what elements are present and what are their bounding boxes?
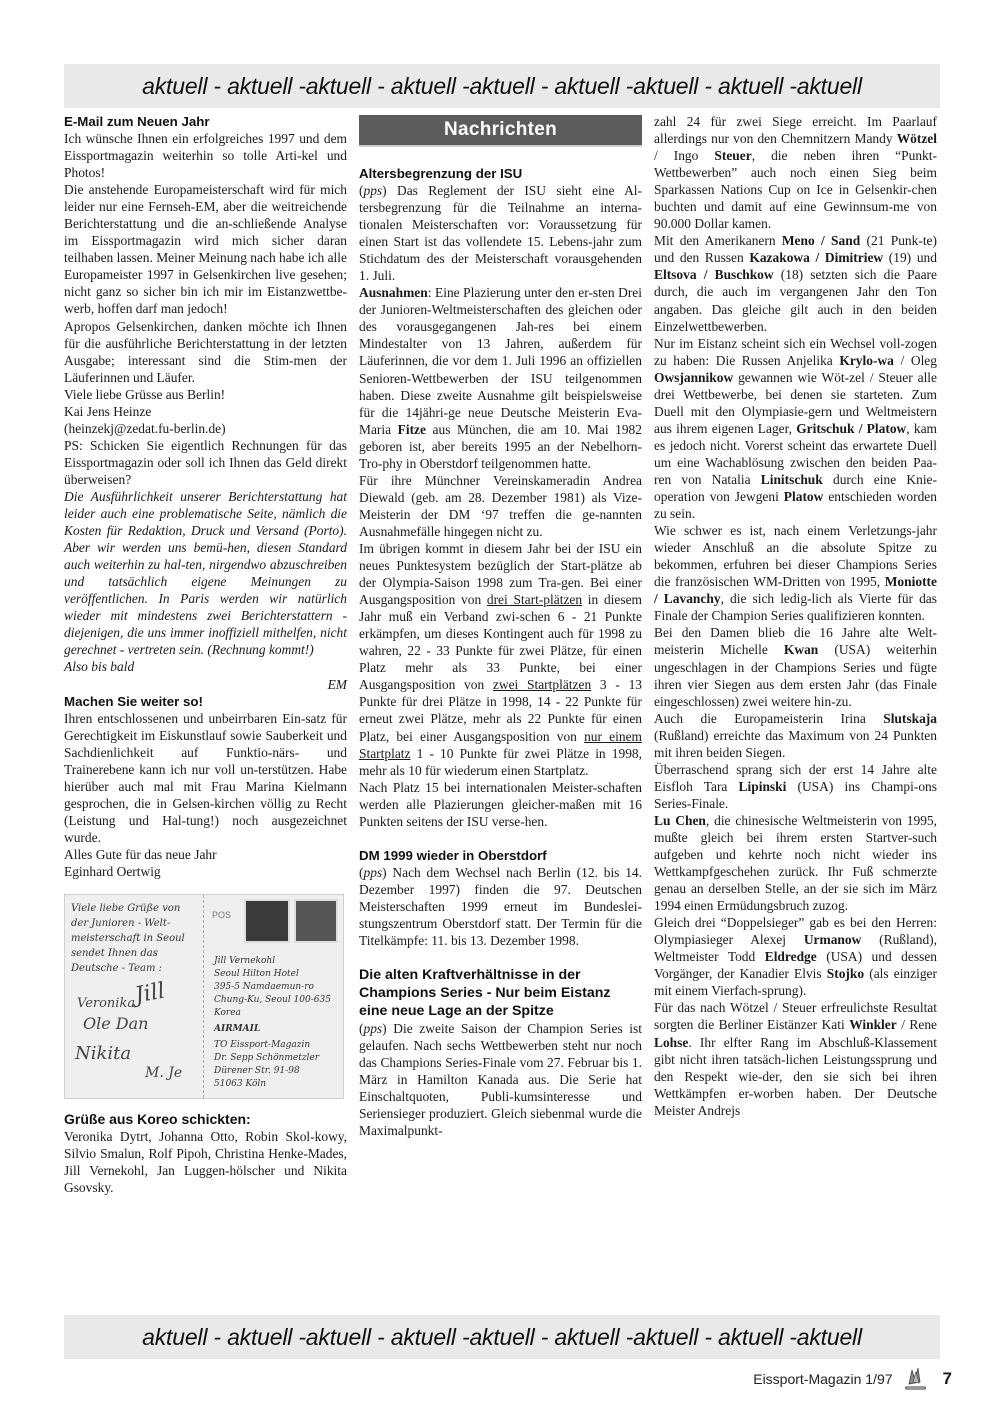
paragraph: Bei den Damen blieb die 16 Jahre alte We… bbox=[654, 624, 937, 709]
editor-signature: EM bbox=[64, 676, 347, 693]
text: Das Reglement der ISU sieht eine Al-ters… bbox=[359, 183, 642, 283]
signature-scribble: Ole Dan bbox=[83, 1015, 148, 1032]
text: (19) und bbox=[883, 250, 937, 265]
paragraph: Überraschend sprang sich der erst 14 Jah… bbox=[654, 761, 937, 812]
article-dm-1999: DM 1999 wieder in Oberstdorf (pps) Nach … bbox=[359, 847, 642, 949]
athlete-name: Chen bbox=[675, 813, 706, 828]
text: / Rene bbox=[897, 1017, 937, 1032]
letter-heading: Machen Sie weiter so! bbox=[64, 693, 347, 710]
paragraph: Für das nach Wötzel / Steuer erfreulichs… bbox=[654, 999, 937, 1118]
athlete-name: Kazakowa / Dimitriew bbox=[749, 250, 883, 265]
magazine-issue: Eissport-Magazin 1/97 bbox=[753, 1371, 892, 1387]
athlete-name: Owsjannikow bbox=[654, 370, 733, 385]
author-email: (heinzekj@zedat.fu-berlin.de) bbox=[64, 420, 347, 437]
top-banner-text: aktuell - aktuell -aktuell - aktuell -ak… bbox=[142, 73, 862, 100]
postcard-handwriting: Viele liebe Grüße von der Junioren - Wel… bbox=[71, 901, 197, 976]
address-line: Dr. Sepp Schönmetzler bbox=[214, 1052, 319, 1065]
athlete-name: Platow bbox=[784, 489, 824, 504]
bottom-banner-text: aktuell - aktuell -aktuell - aktuell -ak… bbox=[142, 1324, 862, 1351]
text: Die zweite Saison der Champion Series is… bbox=[359, 1021, 642, 1138]
paragraph: Ausnahmen: Eine Plazierung unter den er-… bbox=[359, 284, 642, 472]
paragraph: Für ihre Münchner Vereinskameradin Andre… bbox=[359, 472, 642, 540]
athlete-name: Stojko bbox=[827, 966, 864, 981]
athlete-name: Steuer bbox=[714, 148, 751, 163]
athlete-name: Lu bbox=[654, 813, 675, 828]
source-tag: pps bbox=[363, 865, 382, 880]
address-line: 395-5 Namdaemun-ro bbox=[214, 981, 331, 994]
text: Mit den Amerikanern bbox=[654, 233, 782, 248]
page-footer: Eissport-Magazin 1/97 7 bbox=[753, 1366, 952, 1392]
paragraph: Ich wünsche Ihnen ein erfolgreiches 1997… bbox=[64, 130, 347, 181]
text: : Eine Plazierung unter den er-sten Drei… bbox=[359, 285, 642, 436]
handwriting-line: sendet Ihnen das bbox=[71, 946, 197, 961]
to-label: TO bbox=[214, 1040, 227, 1050]
article-heading: DM 1999 wieder in Oberstdorf bbox=[359, 847, 642, 864]
paragraph: Im übrigen kommt in diesem Jahr bei der … bbox=[359, 540, 642, 779]
postcard-address-side: POS Jill Vernekohl Seoul Hilton Hotel 39… bbox=[204, 895, 343, 1098]
section-banner-nachrichten: Nachrichten bbox=[359, 115, 642, 147]
paragraph: Nur im Eistanz scheint sich ein Wechsel … bbox=[654, 335, 937, 523]
paragraph: (pps) Das Reglement der ISU sieht eine A… bbox=[359, 182, 642, 284]
letter-heading: E-Mail zum Neuen Jahr bbox=[64, 113, 347, 130]
paragraph: Gleich drei “Doppelsieger” gab es bei de… bbox=[654, 914, 937, 999]
greetings-from-korea: Grüße aus Koreo schickten: Veronika Dytr… bbox=[64, 1111, 347, 1196]
athlete-name: Eltsova / Buschkow bbox=[654, 267, 774, 282]
bold-label: Ausnahmen bbox=[359, 285, 428, 300]
athlete-name: Wötzel bbox=[897, 131, 937, 146]
athlete-name: Slutskaja bbox=[883, 711, 937, 726]
address-line: Dürener Str. 91-98 bbox=[214, 1065, 319, 1078]
text: / Ingo bbox=[654, 148, 714, 163]
column-article-continued: zahl 24 für zwei Siege erreicht. Im Paar… bbox=[654, 113, 937, 1119]
athlete-name: Gritschuk / Platow bbox=[796, 421, 906, 436]
athlete-name: Winkler bbox=[849, 1017, 897, 1032]
paragraph: Die anstehende Europameisterschaft wird … bbox=[64, 181, 347, 317]
top-banner: aktuell - aktuell -aktuell - aktuell -ak… bbox=[64, 64, 940, 108]
stamp-icon bbox=[294, 899, 338, 943]
postcard-pos-label: POS bbox=[212, 907, 231, 924]
editor-reply: Die Ausführlichkeit unserer Berichtersta… bbox=[64, 488, 347, 658]
athlete-name: Meno / Sand bbox=[782, 233, 860, 248]
underlined-text: drei Start-plätzen bbox=[487, 592, 582, 607]
paragraph: zahl 24 für zwei Siege erreicht. Im Paar… bbox=[654, 113, 937, 232]
text: zahl 24 für zwei Siege erreicht. Im Paar… bbox=[654, 114, 937, 146]
text: Auch die Europameisterin Irina bbox=[654, 711, 883, 726]
article-heading: Altersbegrenzung der ISU bbox=[359, 165, 642, 182]
author-name: Eginhard Oertwig bbox=[64, 863, 347, 880]
letter-machen-sie-weiter: Machen Sie weiter so! Ihren entschlossen… bbox=[64, 693, 347, 880]
handwriting-line: meisterschaft in Seoul bbox=[71, 931, 197, 946]
column-news: Nachrichten Altersbegrenzung der ISU (pp… bbox=[359, 113, 642, 1139]
paragraph: Apropos Gelsenkirchen, danken möchte ich… bbox=[64, 318, 347, 386]
address-line: Eissport-Magazin bbox=[230, 1040, 310, 1050]
sender-address: Jill Vernekohl Seoul Hilton Hotel 395-5 … bbox=[214, 955, 331, 1020]
athlete-name: Eldredge bbox=[765, 949, 817, 964]
skate-logo-icon bbox=[903, 1366, 927, 1392]
article-heading: Die alten Kraftverhältnisse in der Champ… bbox=[359, 966, 642, 1020]
address-line: Jill Vernekohl bbox=[214, 955, 331, 968]
paragraph: Lu Chen, die chinesische Weltmeisterin v… bbox=[654, 812, 937, 914]
stamp-icon bbox=[244, 899, 290, 943]
signature-scribble: Veronika bbox=[77, 995, 135, 1012]
paragraph: (pps) Die zweite Saison der Champion Ser… bbox=[359, 1020, 642, 1139]
athlete-name: Krylo-wa bbox=[839, 353, 894, 368]
postscript: PS: Schicken Sie eigentlich Rechnungen f… bbox=[64, 437, 347, 488]
address-line: Chung-Ku, Seoul 100-635 bbox=[214, 994, 331, 1007]
page-number: 7 bbox=[943, 1369, 952, 1389]
section-title: Nachrichten bbox=[444, 121, 557, 138]
source-tag: pps bbox=[363, 1021, 382, 1036]
text: / Oleg bbox=[894, 353, 937, 368]
athlete-name: Kwan bbox=[784, 642, 818, 657]
airmail-label: AIRMAIL bbox=[214, 1023, 260, 1036]
athlete-name: Lohse bbox=[654, 1035, 688, 1050]
paragraph: Mit den Amerikanern Meno / Sand (21 Punk… bbox=[654, 232, 937, 334]
recipient-address: TO Eissport-Magazin Dr. Sepp Schönmetzle… bbox=[214, 1039, 319, 1091]
paragraph: Nach Platz 15 bei internationalen Meiste… bbox=[359, 779, 642, 830]
handwriting-line: Deutsche - Team : bbox=[71, 961, 197, 976]
athlete-name: Linitschuk bbox=[761, 472, 823, 487]
handwriting-line: Viele liebe Grüße von bbox=[71, 901, 197, 916]
paragraph: Auch die Europameisterin Irina Slutskaja… bbox=[654, 710, 937, 761]
paragraph: (pps) Nach dem Wechsel nach Berlin (12. … bbox=[359, 864, 642, 949]
editor-reply-closing: Also bis bald bbox=[64, 658, 347, 675]
greeting: Viele liebe Grüsse aus Berlin! bbox=[64, 386, 347, 403]
address-line: 51063 Köln bbox=[214, 1078, 319, 1091]
text: (Rußland) erreichte das Maximum von 24 P… bbox=[654, 728, 937, 760]
postcard-message-side: Viele liebe Grüße von der Junioren - Wel… bbox=[65, 895, 204, 1098]
postcard-image: Viele liebe Grüße von der Junioren - Wel… bbox=[64, 894, 344, 1099]
handwriting-line: der Junioren - Welt- bbox=[71, 916, 197, 931]
paragraph: Ihren entschlossenen und unbeirrbaren Ei… bbox=[64, 710, 347, 846]
letter-email-neues-jahr: E-Mail zum Neuen Jahr Ich wünsche Ihnen … bbox=[64, 113, 347, 693]
address-line: Korea bbox=[214, 1007, 331, 1020]
article-isu-age-limit: Altersbegrenzung der ISU (pps) Das Regle… bbox=[359, 165, 642, 830]
text: Nach dem Wechsel nach Berlin (12. bis 14… bbox=[359, 865, 642, 948]
greetings-names: Veronika Dytrt, Johanna Otto, Robin Skol… bbox=[64, 1128, 347, 1196]
underlined-text: zwei Startplätzen bbox=[493, 677, 591, 692]
athlete-name: Fitze bbox=[398, 422, 426, 437]
closing: Alles Gute für das neue Jahr bbox=[64, 846, 347, 863]
source-tag: pps bbox=[363, 183, 382, 198]
athlete-name: Lipinski bbox=[739, 779, 787, 794]
column-letters: E-Mail zum Neuen Jahr Ich wünsche Ihnen … bbox=[64, 113, 347, 1196]
address-line: Seoul Hilton Hotel bbox=[214, 968, 331, 981]
signature-scribble: Nikita bbox=[75, 1045, 131, 1062]
bottom-banner: aktuell - aktuell -aktuell - aktuell -ak… bbox=[64, 1315, 940, 1359]
text: . Ihr elfter Rang im Abschluß-Klassement… bbox=[654, 1035, 937, 1118]
author-name: Kai Jens Heinze bbox=[64, 403, 347, 420]
greetings-heading: Grüße aus Koreo schickten: bbox=[64, 1111, 347, 1128]
signature-scribble: M. Je bbox=[145, 1065, 182, 1082]
signature-scribble: Jill bbox=[134, 983, 166, 1005]
athlete-name: Urmanow bbox=[804, 932, 861, 947]
paragraph: Wie schwer es ist, nach einem Verletzung… bbox=[654, 522, 937, 624]
article-champions-series: Die alten Kraftverhältnisse in der Champ… bbox=[359, 966, 642, 1139]
